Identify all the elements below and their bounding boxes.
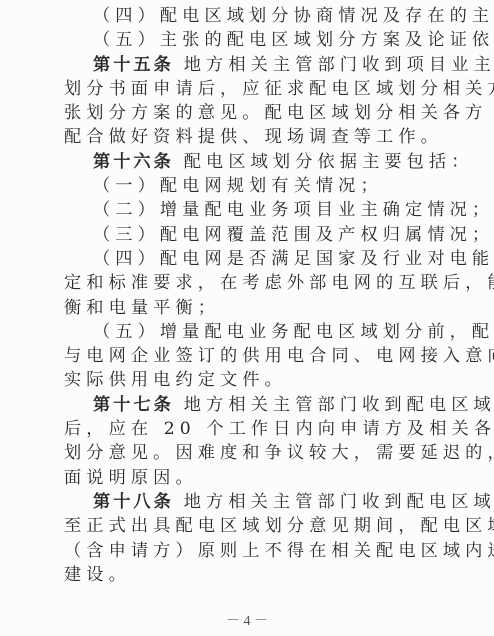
page-number: － 4 －: [0, 610, 494, 630]
line-text: （四）配电网是否满足国家及行业对电能配送的有关规: [93, 249, 494, 269]
document-page: （四）配电区域划分协商情况及存在的主要争议；（五）主张的配电区域划分方案及论证依…: [0, 0, 494, 636]
line-text: 定和标准要求，在考虑外部电网的互联后，能否实现电力平: [64, 273, 494, 293]
text-line: （含申请方）原则上不得在相关配电区域内进行配电网施工: [64, 539, 424, 563]
text-line: 定和标准要求，在考虑外部电网的互联后，能否实现电力平: [64, 271, 424, 295]
line-text: 衡和电量平衡；: [64, 298, 220, 318]
article-paragraph-line: 第十八条地方相关主管部门收到配电区域划分申请: [64, 490, 424, 514]
line-text: 与电网企业签订的供用电合同、电网接入意向或历史形成的: [64, 346, 494, 366]
text-line: 与电网企业签订的供用电合同、电网接入意向或历史形成的: [64, 344, 424, 368]
line-text: （二）增量配电业务项目业主确定情况；: [93, 200, 494, 220]
line-text: （五）主张的配电区域划分方案及论证依据。: [93, 30, 494, 50]
line-text: 配电区域划分依据主要包括：: [184, 152, 474, 172]
text-line: 衡和电量平衡；: [64, 296, 424, 320]
line-text: （四）配电区域划分协商情况及存在的主要争议；: [93, 6, 494, 26]
line-text: 划分书面申请后，应征求配电区域划分相关方对申请方所主: [64, 79, 494, 99]
line-text: 至正式出具配电区域划分意见期间，配电区域划分相关各方: [64, 516, 494, 536]
line-text: 划分意见。因难度和争议较大，需要延迟的，需向申请方书: [64, 443, 494, 463]
text-line: 至正式出具配电区域划分意见期间，配电区域划分相关各方: [64, 514, 424, 538]
line-text: 地方相关主管部门收到配电区域划分申请: [184, 395, 494, 415]
article-paragraph-line: 第十七条地方相关主管部门收到配电区域划分申请: [64, 393, 424, 417]
line-text: 后，应在 20 个工作日内向申请方及相关各方出具配电区域: [64, 419, 494, 439]
line-text: 张划分方案的意见。配电区域划分相关各方（含申请方）应: [64, 103, 494, 123]
text-line: （五）主张的配电区域划分方案及论证依据。: [64, 28, 424, 52]
text-line: （五）增量配电业务配电区域划分前，配电网运营单位: [64, 320, 424, 344]
text-line: （三）配电网覆盖范围及产权归属情况；: [64, 223, 424, 247]
article-paragraph-line: 第十六条配电区域划分依据主要包括：: [64, 150, 424, 174]
text-line: （一）配电网规划有关情况；: [64, 174, 424, 198]
line-text: （含申请方）原则上不得在相关配电区域内进行配电网施工: [64, 541, 494, 561]
line-text: 地方相关主管部门收到项目业主配电区域: [184, 55, 494, 75]
text-line: 配合做好资料提供、现场调查等工作。: [64, 125, 424, 149]
text-line: （四）配电网是否满足国家及行业对电能配送的有关规: [64, 247, 424, 271]
text-line: （四）配电区域划分协商情况及存在的主要争议；: [64, 4, 424, 28]
text-line: 划分书面申请后，应征求配电区域划分相关方对申请方所主: [64, 77, 424, 101]
text-line: 实际供用电约定文件。: [64, 368, 424, 392]
article-number: 第十七条: [93, 395, 174, 415]
line-text: 实际供用电约定文件。: [64, 370, 287, 390]
article-number: 第十八条: [93, 492, 174, 512]
text-line: 划分意见。因难度和争议较大，需要延迟的，需向申请方书: [64, 441, 424, 465]
article-number: 第十五条: [93, 55, 174, 75]
line-text: （五）增量配电业务配电区域划分前，配电网运营单位: [93, 322, 494, 342]
text-line: 张划分方案的意见。配电区域划分相关各方（含申请方）应: [64, 101, 424, 125]
line-text: 面说明原因。: [64, 468, 198, 488]
text-line: 后，应在 20 个工作日内向申请方及相关各方出具配电区域: [64, 417, 424, 441]
text-line: （二）增量配电业务项目业主确定情况；: [64, 198, 424, 222]
line-text: 建设。: [64, 565, 131, 585]
document-body: （四）配电区域划分协商情况及存在的主要争议；（五）主张的配电区域划分方案及论证依…: [64, 4, 424, 587]
text-line: 面说明原因。: [64, 466, 424, 490]
text-line: 建设。: [64, 563, 424, 587]
line-text: （一）配电网规划有关情况；: [93, 176, 383, 196]
line-text: （三）配电网覆盖范围及产权归属情况；: [93, 225, 494, 245]
line-text: 配合做好资料提供、现场调查等工作。: [64, 127, 443, 147]
article-number: 第十六条: [93, 152, 174, 172]
line-text: 地方相关主管部门收到配电区域划分申请: [184, 492, 494, 512]
article-paragraph-line: 第十五条地方相关主管部门收到项目业主配电区域: [64, 53, 424, 77]
